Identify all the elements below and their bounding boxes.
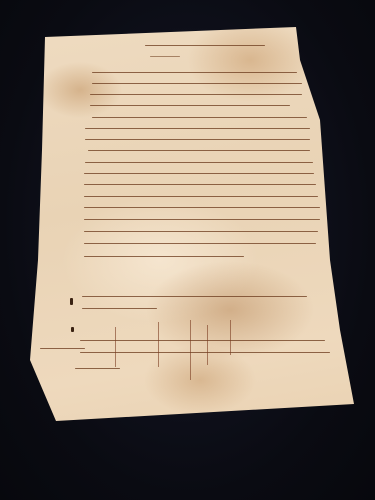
text-line (82, 308, 157, 309)
text-line (84, 231, 318, 232)
text-line (85, 162, 313, 163)
text-line (84, 207, 320, 208)
margin-mark (71, 327, 74, 332)
text-line (80, 340, 325, 341)
text-line (85, 139, 310, 140)
vertical-stroke (190, 320, 191, 380)
vertical-stroke (115, 327, 116, 367)
margin-mark (70, 298, 73, 305)
text-line (82, 296, 307, 297)
text-line (92, 72, 297, 73)
text-line (84, 196, 318, 197)
heading-line (145, 45, 265, 46)
text-line (85, 128, 310, 129)
heading-line (150, 56, 180, 57)
text-line (84, 184, 316, 185)
text-line (84, 219, 320, 220)
text-line (88, 150, 310, 151)
text-line (90, 105, 290, 106)
text-line (80, 352, 330, 353)
text-line (92, 117, 307, 118)
vertical-stroke (158, 322, 159, 367)
vertical-stroke (230, 320, 231, 355)
text-line (84, 256, 244, 257)
text-line (92, 83, 302, 84)
text-line (75, 368, 120, 369)
text-line (84, 173, 314, 174)
text-line (90, 94, 302, 95)
text-line (40, 348, 85, 349)
text-line (84, 243, 316, 244)
vertical-stroke (207, 325, 208, 365)
